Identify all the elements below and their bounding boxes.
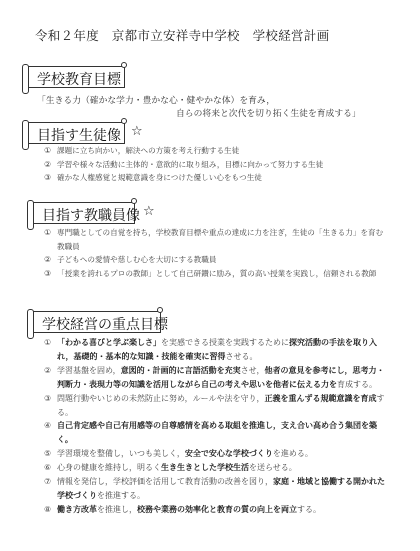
section-heading-staff-image: 目指す教職員像 (32, 202, 135, 224)
item-text: 問題行動やいじめの未然防止に努め，ルールや法を守り， (57, 394, 265, 403)
section-heading-education-goal: 学校教育目標 (27, 66, 125, 88)
section-heading-management-goals: 学校経営の重点目標 (32, 311, 161, 333)
list-item: ③確かな人権感覚と規範意識を身につけた優しい心をもつ生徒 (44, 171, 389, 185)
section-heading-student-image: 目指す生徒像 (27, 122, 125, 144)
section-heading-label: 学校教育目標 (37, 69, 121, 89)
item-text: を送らせる。 (249, 463, 297, 472)
item-number: ⑦ (44, 475, 51, 489)
item-text: 心身の健康を維持し，明るく (57, 463, 161, 472)
item-text: させる。 (225, 352, 257, 361)
list-item: ⑥心身の健康を維持し，明るく生き生きとした学校生活を送らせる。 (44, 461, 386, 475)
item-text: 学習や様々な活動に主体的・意欲的に取り組み，目標に向かって努力する生徒 (57, 160, 323, 169)
list-item: ⑤学習環境を整備し，いつも美しく，安全で安心な学校づくりを進める。 (44, 447, 386, 461)
list-item: ②学習基盤を固め，意図的・計画的に言語活動を充実させ，他者の意見を参考にし，思考… (44, 364, 386, 392)
item-text: を実感できる授業を実践するために (161, 338, 289, 347)
item-text: を推進し， (97, 505, 137, 514)
item-number: ② (44, 158, 51, 172)
item-number: ① (44, 144, 51, 158)
list-item: ⑦情報を発信し，学校評価を活用して教育活動の改善を図り，家庭・地域と協働する開か… (44, 475, 386, 503)
emphasized-text: 安全で安心な学校づくり (185, 448, 273, 458)
item-number: ⑤ (44, 447, 51, 461)
item-number: ③ (44, 171, 51, 185)
item-text: 子どもへの愛情や慈しむ心を大切にする教職員 (57, 255, 216, 264)
emphasized-text: 生き生きとした学校生活 (161, 462, 249, 472)
page-title: 令和２年度 京都市立安祥寺中学校 学校経営計画 (35, 26, 329, 44)
item-number: ⑥ (44, 461, 51, 475)
list-item: ①「わかる喜びと学ぶ楽しさ」を実感できる授業を実践するために探究活動の手法を取り… (44, 336, 386, 364)
item-number: ② (44, 364, 51, 378)
emphasized-text: 働き方改革 (57, 504, 97, 514)
item-number: ③ (44, 392, 51, 406)
item-text: させ， (241, 366, 265, 375)
item-number: ⑧ (44, 503, 51, 517)
item-text: 育成する。 (337, 380, 377, 389)
emphasized-text: 「わかる喜びと学ぶ楽しさ」 (57, 337, 161, 347)
section-heading-label: 学校経営の重点目標 (42, 314, 168, 334)
staff-image-list: ①専門職としての自覚を持ち，学校教育目標や重点の達成に力を注ぎ，生徒の「生きる力… (44, 226, 389, 280)
item-text: 「授業を誇れるプロの教師」として自己研鑽に励み，質の高い授業を実践し，信頼される… (57, 269, 376, 278)
item-number: ① (44, 226, 51, 240)
item-text: 情報を発信し，学校評価を活用して教育活動の改善を図り， (57, 477, 273, 486)
item-text: を進める。 (273, 449, 313, 458)
item-number: ③ (44, 267, 51, 281)
management-goals-list: ①「わかる喜びと学ぶ楽しさ」を実感できる授業を実践するために探究活動の手法を取り… (44, 336, 386, 517)
item-text: を推進する。 (97, 491, 145, 500)
list-item: ⑧働き方改革を推進し，校務や業務の効率化と教育の質の向上を両立する。 (44, 503, 386, 517)
list-item: ②子どもへの愛情や慈しむ心を大切にする教職員 (44, 253, 389, 267)
student-image-list: ①課題に立ち向かい，解決への方策を考え行動する生徒 ②学習や様々な活動に主体的・… (44, 144, 389, 185)
education-goal-motto-line2: 自らの将来と次代を切り拓く生徒を育成する」 (176, 106, 361, 119)
item-text: 学習基盤を固め， (57, 366, 121, 375)
list-item: ①課題に立ち向かい，解決への方策を考え行動する生徒 (44, 144, 389, 158)
star-icon: ☆ (131, 124, 143, 139)
list-item: ③「授業を誇れるプロの教師」として自己研鑽に励み，質の高い授業を実践し，信頼され… (44, 267, 389, 281)
emphasized-text: 校務や業務の効率化と教育の質の向上を両立 (137, 504, 297, 514)
emphasized-text: 意図的・計画的に言語活動を充実 (121, 365, 241, 375)
star-icon: ☆ (143, 204, 155, 219)
section-heading-label: 目指す生徒像 (37, 125, 121, 145)
emphasized-text: 自己肯定感や自己有用感等の自尊感情を高める取組を推進し，支え合い高め合う集団を築… (57, 420, 377, 444)
education-goal-motto-line1: 「生きる力（確かな学力・豊かな心・健やかな体）を育み， (37, 93, 275, 106)
list-item: ②学習や様々な活動に主体的・意欲的に取り組み，目標に向かって努力する生徒 (44, 158, 389, 172)
item-text: する。 (297, 505, 321, 514)
item-text: 確かな人権感覚と規範意識を身につけた優しい心をもつ生徒 (57, 173, 262, 182)
list-item: ③問題行動やいじめの未然防止に努め，ルールや法を守り，正義を重んずる規範意識を育… (44, 392, 386, 420)
item-number: ② (44, 253, 51, 267)
list-item: ①専門職としての自覚を持ち，学校教育目標や重点の達成に力を注ぎ，生徒の「生きる力… (44, 226, 389, 253)
item-text: 課題に立ち向かい，解決への方策を考え行動する生徒 (57, 146, 239, 155)
item-text: 専門職としての自覚を持ち，学校教育目標や重点の達成に力を注ぎ，生徒の「生きる力」… (57, 228, 383, 251)
item-number: ④ (44, 419, 51, 433)
section-heading-label: 目指す教職員像 (42, 205, 140, 225)
item-number: ① (44, 336, 51, 350)
list-item: ④自己肯定感や自己有用感等の自尊感情を高める取組を推進し，支え合い高め合う集団を… (44, 419, 386, 447)
emphasized-text: 正義を重んずる規範意識を育成 (265, 393, 377, 403)
item-text: 学習環境を整備し，いつも美しく， (57, 449, 185, 458)
